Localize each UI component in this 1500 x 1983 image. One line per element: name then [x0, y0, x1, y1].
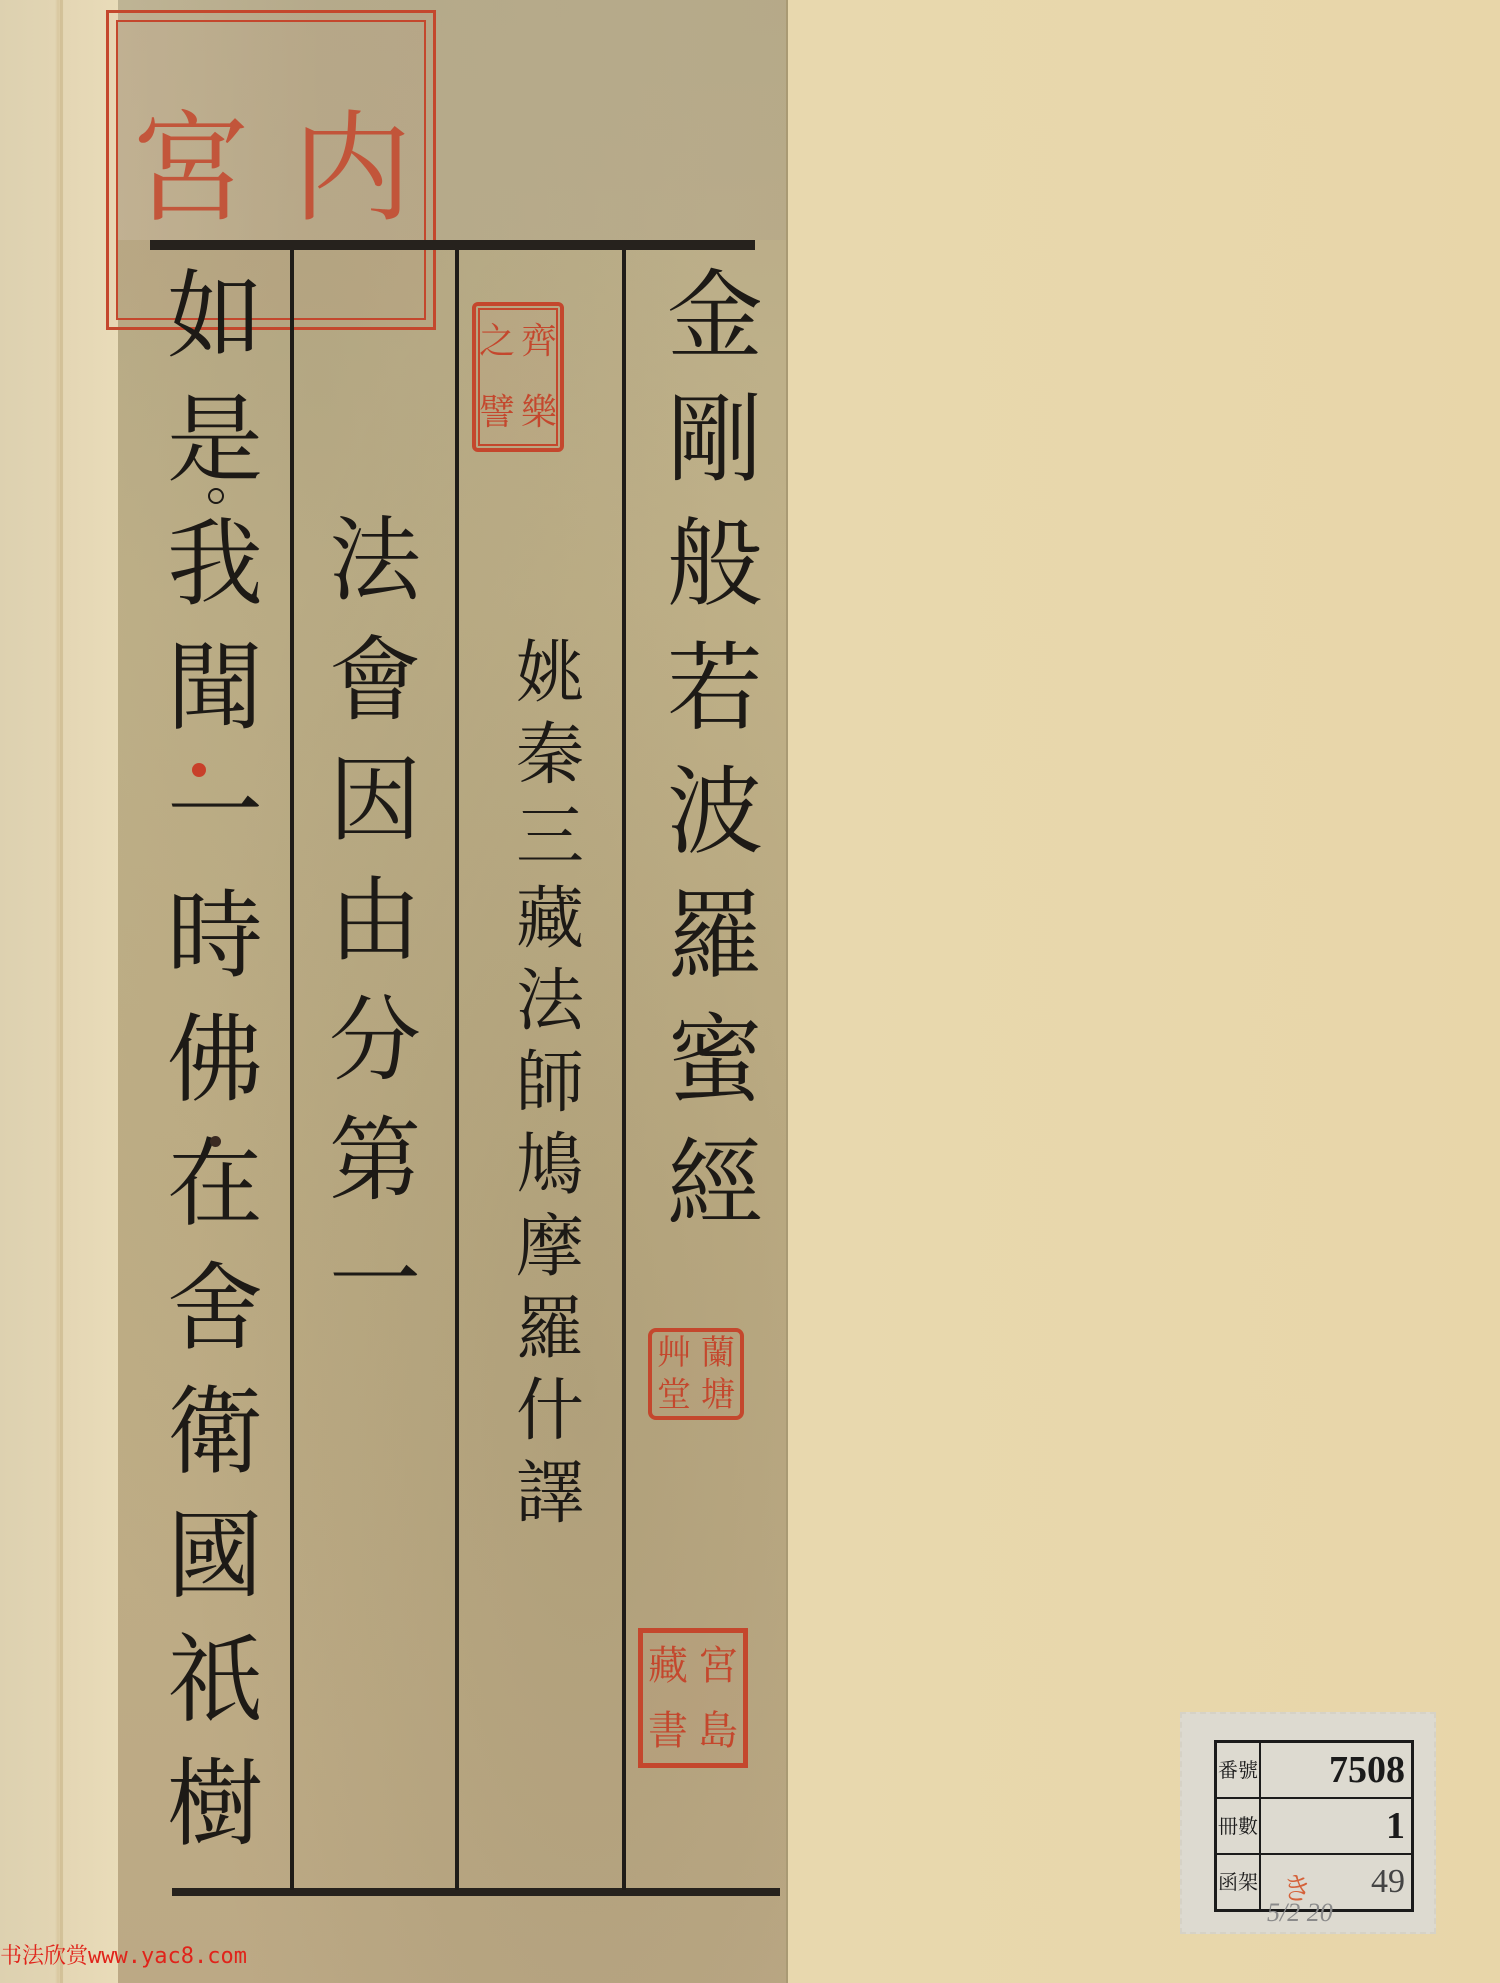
seal-char: 樂 — [518, 395, 560, 431]
seal-right-middle: 艸 蘭 堂 塘 — [648, 1328, 744, 1420]
title-char: 若 — [667, 640, 763, 764]
translator-char: 三 — [516, 804, 584, 886]
body-char: 國 — [167, 1508, 263, 1632]
column-rule — [622, 250, 626, 1890]
top-border-rule — [150, 240, 755, 250]
translator-char: 姚 — [516, 640, 584, 722]
seal-char: 堂 — [652, 1378, 696, 1412]
title-char: 蜜 — [667, 1012, 763, 1136]
translator-char: 鳩 — [516, 1132, 584, 1214]
body-char: 在 — [167, 1136, 263, 1260]
body-char: 聞 — [167, 640, 263, 764]
title-char: 金 — [667, 268, 763, 392]
seal-char: 宮 — [693, 1646, 743, 1686]
translator-char: 藏 — [516, 886, 584, 968]
fold-line — [60, 0, 63, 1983]
chapter-column: 法 會 因 由 分 第 一 — [315, 515, 435, 1355]
translator-char: 秦 — [516, 722, 584, 804]
body-char: 我 — [167, 516, 263, 640]
title-char: 羅 — [667, 888, 763, 1012]
chapter-char: 因 — [329, 755, 421, 875]
translator-char: 譯 — [516, 1460, 584, 1542]
chapter-char: 會 — [329, 635, 421, 755]
bottom-border-rule — [172, 1888, 780, 1896]
watermark-text: 书法欣赏www.yac8.com — [0, 1939, 247, 1970]
label-row: 冊數 1 — [1216, 1798, 1413, 1854]
title-column: 金 剛 般 若 波 羅 蜜 經 — [655, 268, 775, 1260]
chapter-char: 分 — [329, 995, 421, 1115]
chapter-char: 法 — [329, 515, 421, 635]
translator-char: 什 — [516, 1378, 584, 1460]
seal-right-bottom: 藏 宮 書 島 — [638, 1628, 748, 1768]
punctuation-red-dot — [192, 763, 206, 777]
title-char: 剛 — [667, 392, 763, 516]
body-char: 佛 — [167, 1012, 263, 1136]
label-row: 番號 7508 — [1216, 1742, 1413, 1799]
title-char: 般 — [667, 516, 763, 640]
seal-char: 齊 — [518, 324, 560, 360]
punctuation-circle — [208, 488, 224, 504]
title-char: 波 — [667, 764, 763, 888]
column-rule — [290, 250, 294, 1890]
body-char: 舍 — [167, 1260, 263, 1384]
punctuation-dot — [210, 1136, 221, 1147]
label-pencil-note: 5/2 20 — [1267, 1898, 1333, 1928]
seal-char: 塘 — [696, 1378, 740, 1412]
chapter-char: 一 — [329, 1235, 421, 1355]
body-char: 時 — [167, 888, 263, 1012]
translator-char: 師 — [516, 1050, 584, 1132]
label-key-volumes: 冊數 — [1216, 1798, 1261, 1854]
seal-char: 宮 — [109, 110, 271, 230]
seal-char: 内 — [271, 110, 433, 230]
column-rule — [455, 250, 459, 1890]
seal-char: 島 — [693, 1711, 743, 1751]
body-char: 一 — [167, 764, 263, 888]
seal-char: 藏 — [643, 1646, 693, 1686]
body-char: 祇 — [167, 1632, 263, 1756]
label-table: 番號 7508 冊數 1 函架 49 — [1214, 1740, 1414, 1912]
label-value-volumes: 1 — [1260, 1798, 1413, 1854]
title-char: 經 — [667, 1136, 763, 1260]
library-label: 番號 7508 冊數 1 函架 49 き 5/2 20 — [1180, 1712, 1436, 1934]
seal-char: 譬 — [476, 395, 518, 431]
body-char: 如 — [167, 268, 263, 392]
translator-char: 摩 — [516, 1214, 584, 1296]
label-key-number: 番號 — [1216, 1742, 1261, 1799]
seal-char: 蘭 — [696, 1336, 740, 1370]
seal-char: 艸 — [652, 1336, 696, 1370]
chapter-char: 第 — [329, 1115, 421, 1235]
translator-column: 姚 秦 三 藏 法 師 鳩 摩 羅 什 譯 — [500, 640, 600, 1542]
seal-char: 書 — [643, 1711, 693, 1751]
body-char: 衛 — [167, 1384, 263, 1508]
body-char: 樹 — [167, 1756, 263, 1880]
label-key-shelf: 函架 — [1216, 1854, 1261, 1911]
chapter-char: 由 — [329, 875, 421, 995]
body-column: 如 是 我 聞 一 時 佛 在 舍 衛 國 祇 樹 — [150, 268, 280, 1880]
translator-char: 羅 — [516, 1296, 584, 1378]
label-value-number: 7508 — [1260, 1742, 1413, 1799]
seal-title-column: 之 齊 譬 樂 — [472, 302, 564, 452]
translator-char: 法 — [516, 968, 584, 1050]
seal-char: 之 — [476, 324, 518, 360]
